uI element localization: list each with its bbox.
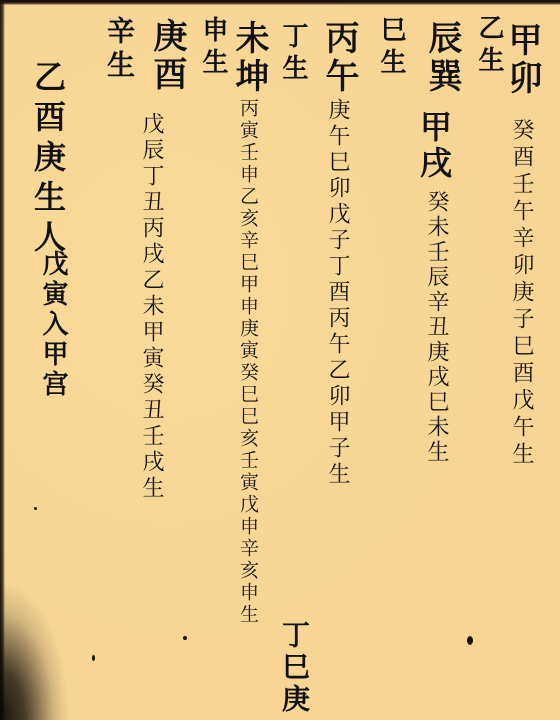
column-3-body: 甲戌 [418,110,450,182]
page-corner-shadow [0,580,70,720]
page-top-edge [0,0,560,5]
column-3-head: 辰巽 [425,20,459,96]
column-9-text: 戊辰丁丑丙戌乙未甲寅癸丑壬戌生 [140,112,162,502]
ink-speck [92,655,95,661]
column-9-head: 庚酉 [150,18,184,94]
ink-speck [467,636,473,645]
column-7-text: 丙寅壬申乙亥辛巳甲申庚寅癸巳巳亥壬寅戊申辛亥申生 [238,98,257,626]
column-2-head: 乙生 [476,14,502,78]
column-11-text: 戊寅入甲宫 [40,250,66,400]
column-11-head: 乙酉庚生人 [32,60,64,260]
column-5-text: 庚午巳卯戊子丁酉丙午乙卯甲子生 [326,98,348,488]
column-1-head: 甲卯 [502,22,542,98]
side-note: 丁巳庚 [280,620,308,716]
column-1: 甲卯 [505,22,539,98]
column-5-head: 丙午 [322,20,356,96]
column-7-head: 未坤 [232,20,266,96]
column-4-head: 巳生 [378,16,404,80]
column-6-head: 丁生 [280,22,306,86]
column-10-head: 辛生 [105,16,133,84]
column-3-subhead: 甲戌 [415,110,453,182]
manuscript-page: 甲卯 癸酉壬午辛卯庚子巳酉戊午生 乙生 辰巽 甲戌 癸未壬辰辛丑庚戌巳未生 巳生… [0,0,560,720]
column-3-text: 癸未壬辰辛丑庚戌巳未生 [425,190,447,465]
ink-speck [183,636,187,640]
ink-speck [34,507,37,510]
column-1-text: 癸酉壬午辛卯庚子巳酉戊午生 [510,118,532,469]
column-8-head: 申生 [200,16,226,80]
